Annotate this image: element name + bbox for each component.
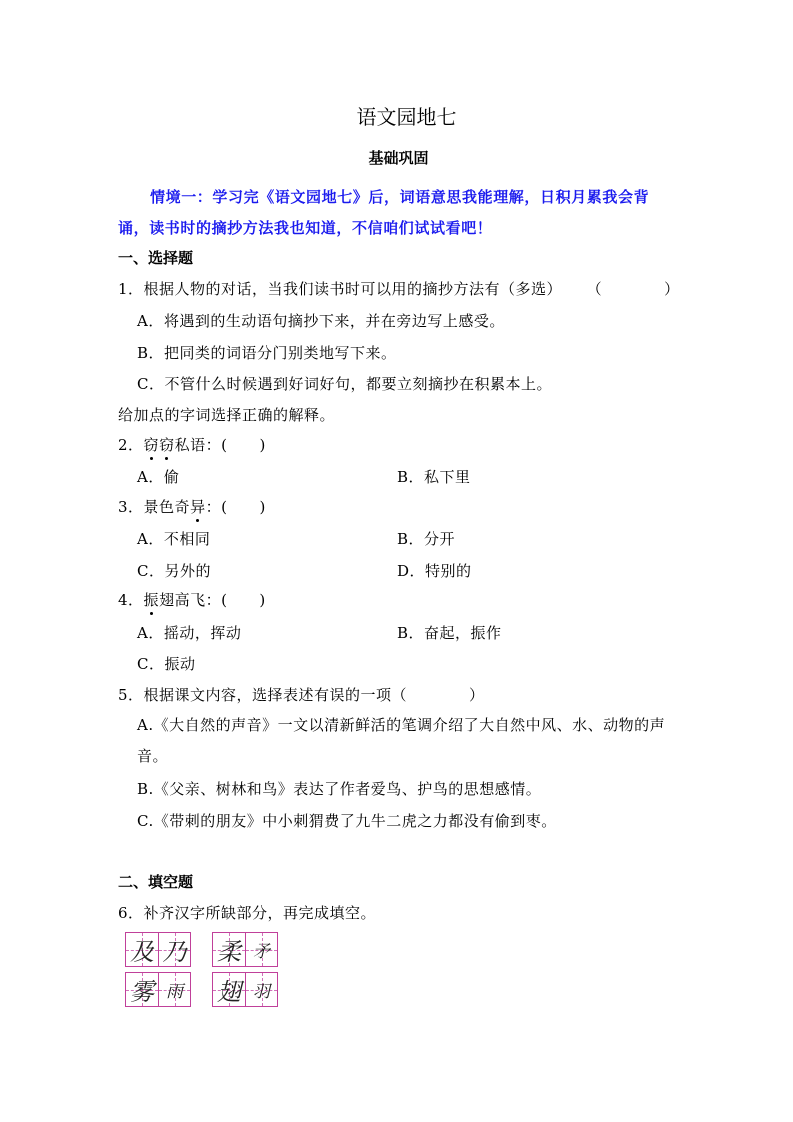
instruction-dotted-words: 给加点的字词选择正确的解释。 — [118, 404, 335, 426]
character-grid-4: 翅 羽 — [212, 972, 278, 1007]
grid-char-partial: 羽 — [246, 973, 277, 1006]
question-4-text: 翅高飞：( — [159, 591, 227, 609]
q5-option-a: A.《大自然的声音》一文以清新鲜活的笔调介绍了大自然中风、水、动物的声音。 — [137, 710, 677, 772]
q3-option-b: B．分开 — [397, 528, 455, 550]
grid-cell-partial[interactable]: 雨 — [158, 973, 190, 1006]
emphasis-char: 异 — [190, 496, 206, 518]
character-grid-2: 柔 矛 — [212, 932, 278, 967]
question-4-number: 4． — [118, 591, 144, 609]
grid-char: 翅 — [213, 973, 245, 1006]
emphasis-char: 窃 — [159, 434, 175, 456]
emphasis-char: 振 — [144, 589, 160, 611]
grid-char: 雾 — [126, 973, 158, 1006]
worksheet-page: 语文园地七 基础巩固 情境一：学习完《语文园地七》后，词语意思我能理解，日积月累… — [0, 0, 793, 1122]
grid-cell-full: 雾 — [126, 973, 158, 1006]
section-heading-fill-blank: 二、填空题 — [118, 871, 193, 893]
grid-cell-partial[interactable]: 羽 — [245, 973, 277, 1006]
answer-paren-close: ） — [664, 280, 680, 298]
answer-paren-close: ) — [259, 591, 265, 609]
section-heading-choice: 一、选择题 — [118, 247, 193, 269]
page-subtitle: 基础巩固 — [0, 147, 793, 169]
grid-char: 及 — [126, 933, 158, 966]
q2-option-a: A．偷 — [137, 466, 179, 488]
answer-paren-close: ) — [259, 436, 265, 454]
q3-option-c: C．另外的 — [137, 560, 211, 582]
grid-char-partial: 矛 — [246, 933, 277, 966]
grid-char: 柔 — [213, 933, 245, 966]
page-title: 语文园地七 — [0, 104, 793, 130]
grid-char-partial: 雨 — [159, 973, 190, 1006]
answer-paren-open: （ — [587, 280, 603, 298]
question-1: 1．根据人物的对话，当我们读书时可以用的摘抄方法有（多选） （） — [118, 278, 680, 300]
q5-option-b: B.《父亲、树林和鸟》表达了作者爱鸟、护鸟的思想感情。 — [137, 778, 541, 800]
q4-option-a: A．摇动，挥动 — [137, 622, 241, 644]
question-6: 6．补齐汉字所缺部分，再完成填空。 — [118, 902, 376, 924]
question-2-text: 私语：( — [175, 436, 228, 454]
question-3-number: 3． — [118, 498, 144, 516]
answer-paren-close: ) — [259, 498, 265, 516]
character-grid-1: 及 乃 — [125, 932, 191, 967]
q1-option-b: B．把同类的词语分门别类地写下来。 — [137, 342, 397, 364]
question-3-text: 景色奇 — [144, 498, 191, 516]
answer-paren-close: ） — [469, 686, 485, 704]
question-3: 3．景色奇异：() — [118, 496, 266, 518]
grid-cell-full: 及 — [126, 933, 158, 966]
q5-option-c: C.《带刺的朋友》中小刺猬费了九牛二虎之力都没有偷到枣。 — [137, 810, 557, 832]
character-grid-3: 雾 雨 — [125, 972, 191, 1007]
grid-char-partial: 乃 — [159, 933, 190, 966]
q2-option-b: B．私下里 — [397, 466, 471, 488]
question-4: 4．振翅高飞：() — [118, 589, 266, 611]
emphasis-char: 窃 — [144, 434, 160, 456]
grid-cell-full: 柔 — [213, 933, 245, 966]
question-5-stem: 5．根据课文内容，选择表述有误的一项（ — [118, 686, 407, 704]
scenario-intro: 情境一：学习完《语文园地七》后，词语意思我能理解，日积月累我会背诵，读书时的摘抄… — [118, 182, 678, 244]
question-2-number: 2． — [118, 436, 144, 454]
question-3-text: ：( — [206, 498, 228, 516]
grid-cell-full: 翅 — [213, 973, 245, 1006]
question-2: 2．窃窃私语：() — [118, 434, 266, 456]
grid-cell-partial[interactable]: 乃 — [158, 933, 190, 966]
question-1-stem: 1．根据人物的对话，当我们读书时可以用的摘抄方法有（多选） — [118, 280, 562, 298]
question-5: 5．根据课文内容，选择表述有误的一项（） — [118, 684, 485, 706]
q1-option-a: A．将遇到的生动语句摘抄下来，并在旁边写上感受。 — [137, 310, 505, 332]
q3-option-d: D．特别的 — [397, 560, 472, 582]
q4-option-b: B．奋起，振作 — [397, 622, 502, 644]
q4-option-c: C．振动 — [137, 653, 195, 675]
q3-option-a: A．不相同 — [137, 528, 210, 550]
q1-option-c: C．不管什么时候遇到好词好句，都要立刻摘抄在积累本上。 — [137, 373, 552, 395]
grid-cell-partial[interactable]: 矛 — [245, 933, 277, 966]
